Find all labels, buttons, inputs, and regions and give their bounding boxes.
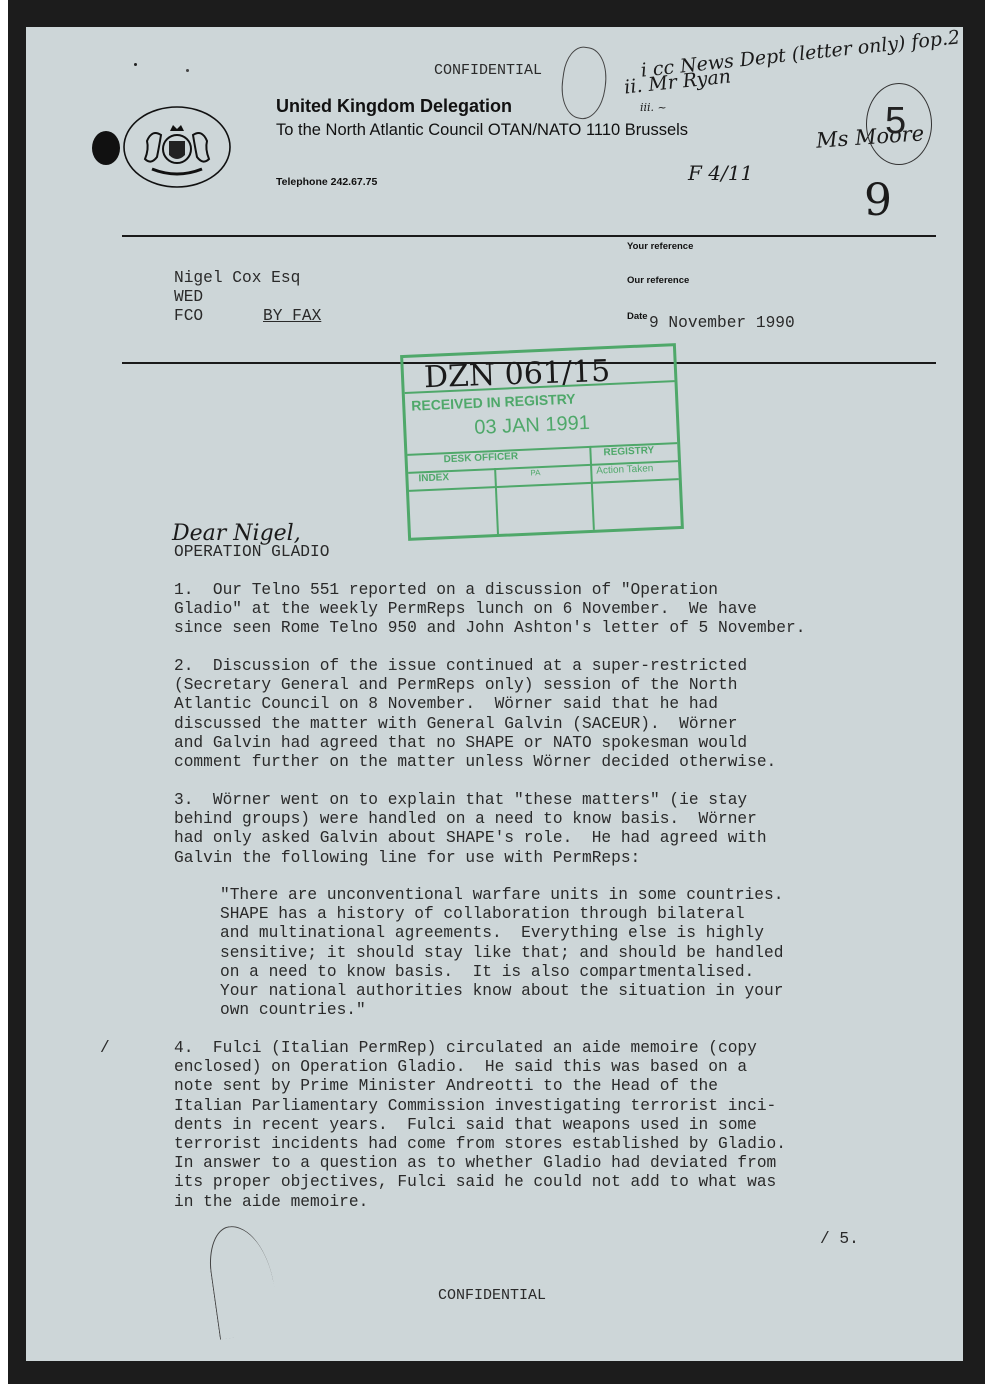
addressee-dept: WED <box>174 288 203 307</box>
letter-page: CONFIDENTIAL United Kingdom Delegation T… <box>26 27 963 1361</box>
stamp-desk-officer: DESK OFFICER <box>443 451 518 465</box>
speck <box>186 69 189 72</box>
classification-bottom: CONFIDENTIAL <box>438 1286 546 1305</box>
speck <box>134 63 137 66</box>
date-label: Date <box>627 311 648 322</box>
delivery-method: BY FAX <box>263 307 321 326</box>
quoted-line: "There are unconventional warfare units … <box>220 886 783 1020</box>
date-value: 9 November 1990 <box>649 314 795 333</box>
paragraph-1: 1. Our Telno 551 reported on a discussio… <box>174 581 805 639</box>
punch-hole <box>92 131 120 165</box>
crest-icon <box>122 105 232 189</box>
stamp-index: INDEX <box>418 472 449 484</box>
handwritten-line3: iii. ~ <box>640 101 667 114</box>
margin-mark: / <box>100 1039 110 1058</box>
handwritten-distribution: ii. Mr Ryan <box>623 65 732 98</box>
org-address: To the North Atlantic Council OTAN/NATO … <box>276 121 688 140</box>
stamp-pa: PA <box>530 468 540 477</box>
paragraph-3: 3. Wörner went on to explain that "these… <box>174 791 767 868</box>
signature-scribble-icon <box>557 44 611 121</box>
stamp-registry: REGISTRY <box>603 445 654 458</box>
addressee-name: Nigel Cox Esq <box>174 269 300 288</box>
our-reference-label: Our reference <box>627 275 689 286</box>
paragraph-2: 2. Discussion of the issue continued at … <box>174 657 776 772</box>
telephone: Telephone 242.67.75 <box>276 176 377 188</box>
org-name: United Kingdom Delegation <box>276 96 512 117</box>
your-reference-label: Your reference <box>627 241 693 252</box>
circled-number: 5 <box>866 83 932 165</box>
classification-top: CONFIDENTIAL <box>434 61 542 80</box>
continuation-marker: / 5. <box>820 1230 859 1249</box>
stamp-date: 03 JAN 1991 <box>474 412 591 440</box>
margin-scribble-icon <box>205 1221 281 1339</box>
stamp-action-taken: Action Taken <box>596 463 654 476</box>
subject-line: OPERATION GLADIO <box>174 543 329 562</box>
paragraph-4: 4. Fulci (Italian PermRep) circulated an… <box>174 1039 786 1212</box>
header-divider <box>122 235 936 237</box>
handwritten-initials: F 4/11 <box>688 161 753 185</box>
handwritten-file-ref: DZN 061/15 <box>423 354 610 395</box>
addressee-org: FCO <box>174 307 203 326</box>
handwritten-scribble: 9 <box>864 175 892 226</box>
